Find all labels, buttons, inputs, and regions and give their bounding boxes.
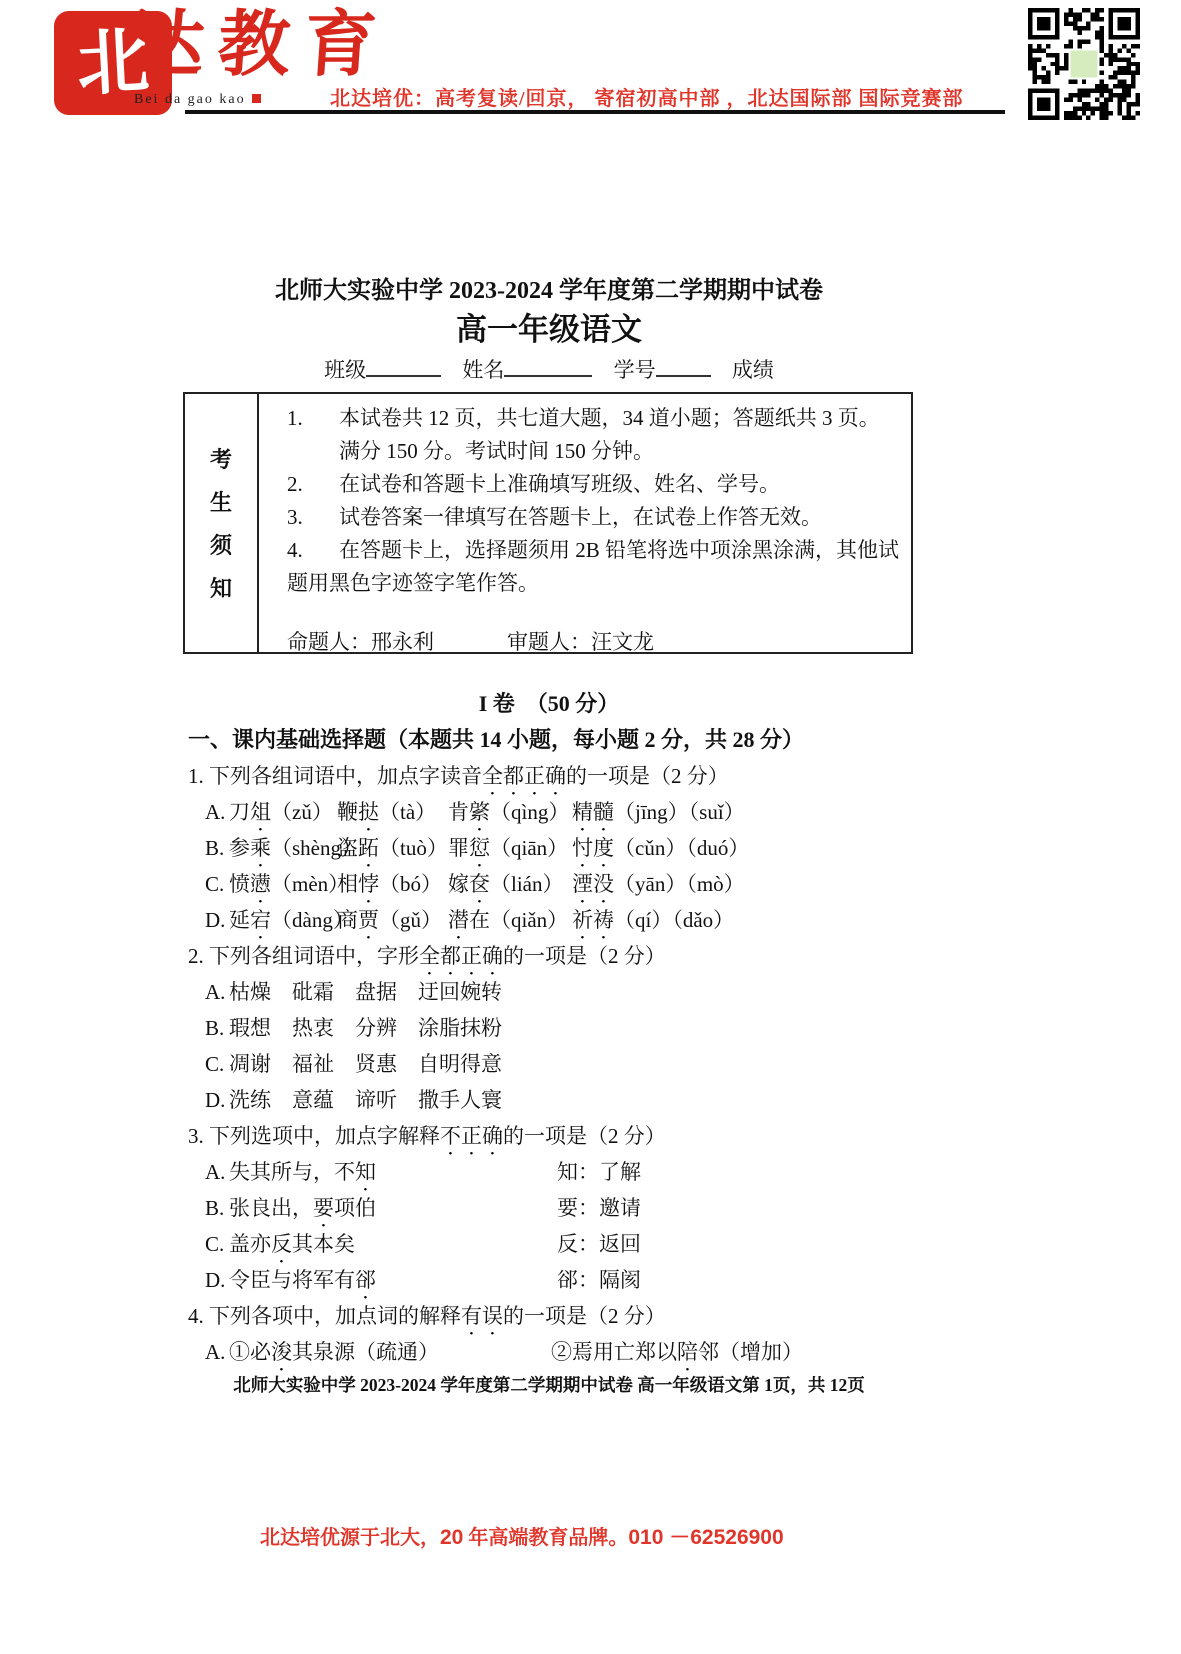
- exam-title: 北师大实验中学 2023-2024 学年度第二学期期中试卷: [183, 270, 915, 305]
- brand-logo-subtitle: Bei da gao kao: [134, 92, 261, 108]
- question-3-option-b: B. 张良出，要项伯 要：邀请: [183, 1190, 915, 1226]
- question-2-option-b: B.瑕想 热衷 分辨 涂脂抹粉: [183, 1010, 915, 1046]
- student-info-line: 班级 姓名 学号 成绩: [183, 354, 915, 384]
- notice-item-3: 3. 试卷答案一律填写在答题卡上，在试卷上作答无效。: [287, 501, 899, 534]
- option-explanation: 知：了解: [557, 1154, 641, 1190]
- class-blank: [366, 355, 441, 377]
- question-1-option-c: C. 愤懑（mèn） 相悖（bó） 嫁奁（lián） 湮没（yān）（mò）: [183, 866, 915, 902]
- questions-block: I 卷 （50 分） 一、课内基础选择题（本题共 14 小题，每小题 2 分，共…: [183, 686, 915, 1370]
- name-blank: [504, 355, 592, 377]
- option-explanation: 要：邀请: [557, 1190, 641, 1226]
- brand-tagline: 北达培优：高考复读/回京， 寄宿初高中部 ，北达国际部 国际竞赛部: [330, 82, 964, 111]
- brand-logo-text: 达教育: [129, 6, 393, 85]
- question-2-stem: 2. 下列各组词语中，字形全都正确的一项是（2 分）: [183, 938, 915, 974]
- notice-item-4: 4.在答题卡上，选择题须用 2B 铅笔将选中项涂黑涂满，其他试题用黑色字迹签字笔…: [287, 534, 899, 600]
- question-1-stem: 1. 下列各组词语中，加点字读音全都正确的一项是（2 分）: [183, 758, 915, 794]
- option-explanation: 郤：隔阂: [557, 1262, 641, 1298]
- notice-side-label: 考 生 须 知: [185, 394, 259, 652]
- name-label: 姓名: [462, 358, 504, 382]
- question-4-option-a: A. ①必浚其泉源（疏通） ②焉用亡郑以陪邻（增加）: [183, 1334, 915, 1370]
- question-1-option-d: D. 延宕（dàng） 商贾（gǔ） 潜在（qiǎn） 祈祷（qí）（dǎo）: [183, 902, 915, 938]
- red-square-icon: [252, 94, 261, 103]
- question-1-option-b: B. 参乘（shèng） 盗跖（tuò） 罪愆（qiān） 忖度（cǔn）（du…: [183, 830, 915, 866]
- section-1-title: 一、课内基础选择题（本题共 14 小题，每小题 2 分，共 28 分）: [183, 722, 915, 758]
- examinee-notice-box: 考 生 须 知 1. 本试卷共 12 页，共七道大题，34 道小题；答题纸共 3…: [183, 392, 913, 654]
- exam-paper-page: 北 达教育 Bei da gao kao 北达培优：高考复读/回京， 寄宿初高中…: [0, 0, 1181, 1654]
- phone-number: 010 －62526900: [628, 1526, 783, 1549]
- question-3-stem: 3. 下列选项中，加点字解释不正确的一项是（2 分）: [183, 1118, 915, 1154]
- page-footer: 北师大实验中学 2023-2024 学年度第二学期期中试卷 高一年级语文第 1页…: [183, 1372, 915, 1397]
- student-id-blank: [656, 355, 711, 377]
- volume-title: I 卷 （50 分）: [183, 686, 915, 722]
- question-2-option-d: D.洗练 意蕴 谛听 撒手人寰: [183, 1082, 915, 1118]
- question-reviewer: 审题人：汪文龙: [507, 626, 654, 659]
- option-explanation: 反：返回: [557, 1226, 641, 1262]
- notice-item-1: 1. 本试卷共 12 页，共七道大题，34 道小题；答题纸共 3 页。满分 15…: [287, 402, 899, 468]
- exam-subject-title: 高一年级语文: [183, 304, 915, 349]
- question-3-option-d: D. 令臣与将军有郤 郤：隔阂: [183, 1262, 915, 1298]
- student-id-label: 学号: [614, 358, 656, 382]
- question-3-option-c: C. 盖亦反其本矣 反：返回: [183, 1226, 915, 1262]
- brand-footer: 北达培优源于北大，20 年高端教育品牌。010 －62526900: [260, 1521, 784, 1551]
- question-2-option-c: C.凋谢 福祉 贤惠 自明得意: [183, 1046, 915, 1082]
- class-label: 班级: [324, 358, 366, 382]
- qr-code-icon: [1028, 8, 1140, 120]
- notice-signatures: 命题人：邢永利 审题人：汪文龙: [287, 626, 899, 659]
- notice-item-2: 2. 在试卷和答题卡上准确填写班级、姓名、学号。: [287, 468, 899, 501]
- question-3-option-a: A. 失其所与，不知 知：了解: [183, 1154, 915, 1190]
- question-setter: 命题人：邢永利: [287, 626, 507, 659]
- qr-code-graphic: [1028, 8, 1140, 120]
- question-2-option-a: A.枯燥 砒霜 盘据 迂回婉转: [183, 974, 915, 1010]
- score-label: 成绩: [732, 358, 774, 382]
- notice-body: 1. 本试卷共 12 页，共七道大题，34 道小题；答题纸共 3 页。满分 15…: [259, 394, 911, 652]
- header-divider: [185, 110, 1005, 114]
- question-4-stem: 4. 下列各项中，加点词的解释有误的一项是（2 分）: [183, 1298, 915, 1334]
- question-1-option-a: A. 刀俎（zǔ） 鞭挞（tà） 肯綮（qìng） 精髓（jīng）（suǐ）: [183, 794, 915, 830]
